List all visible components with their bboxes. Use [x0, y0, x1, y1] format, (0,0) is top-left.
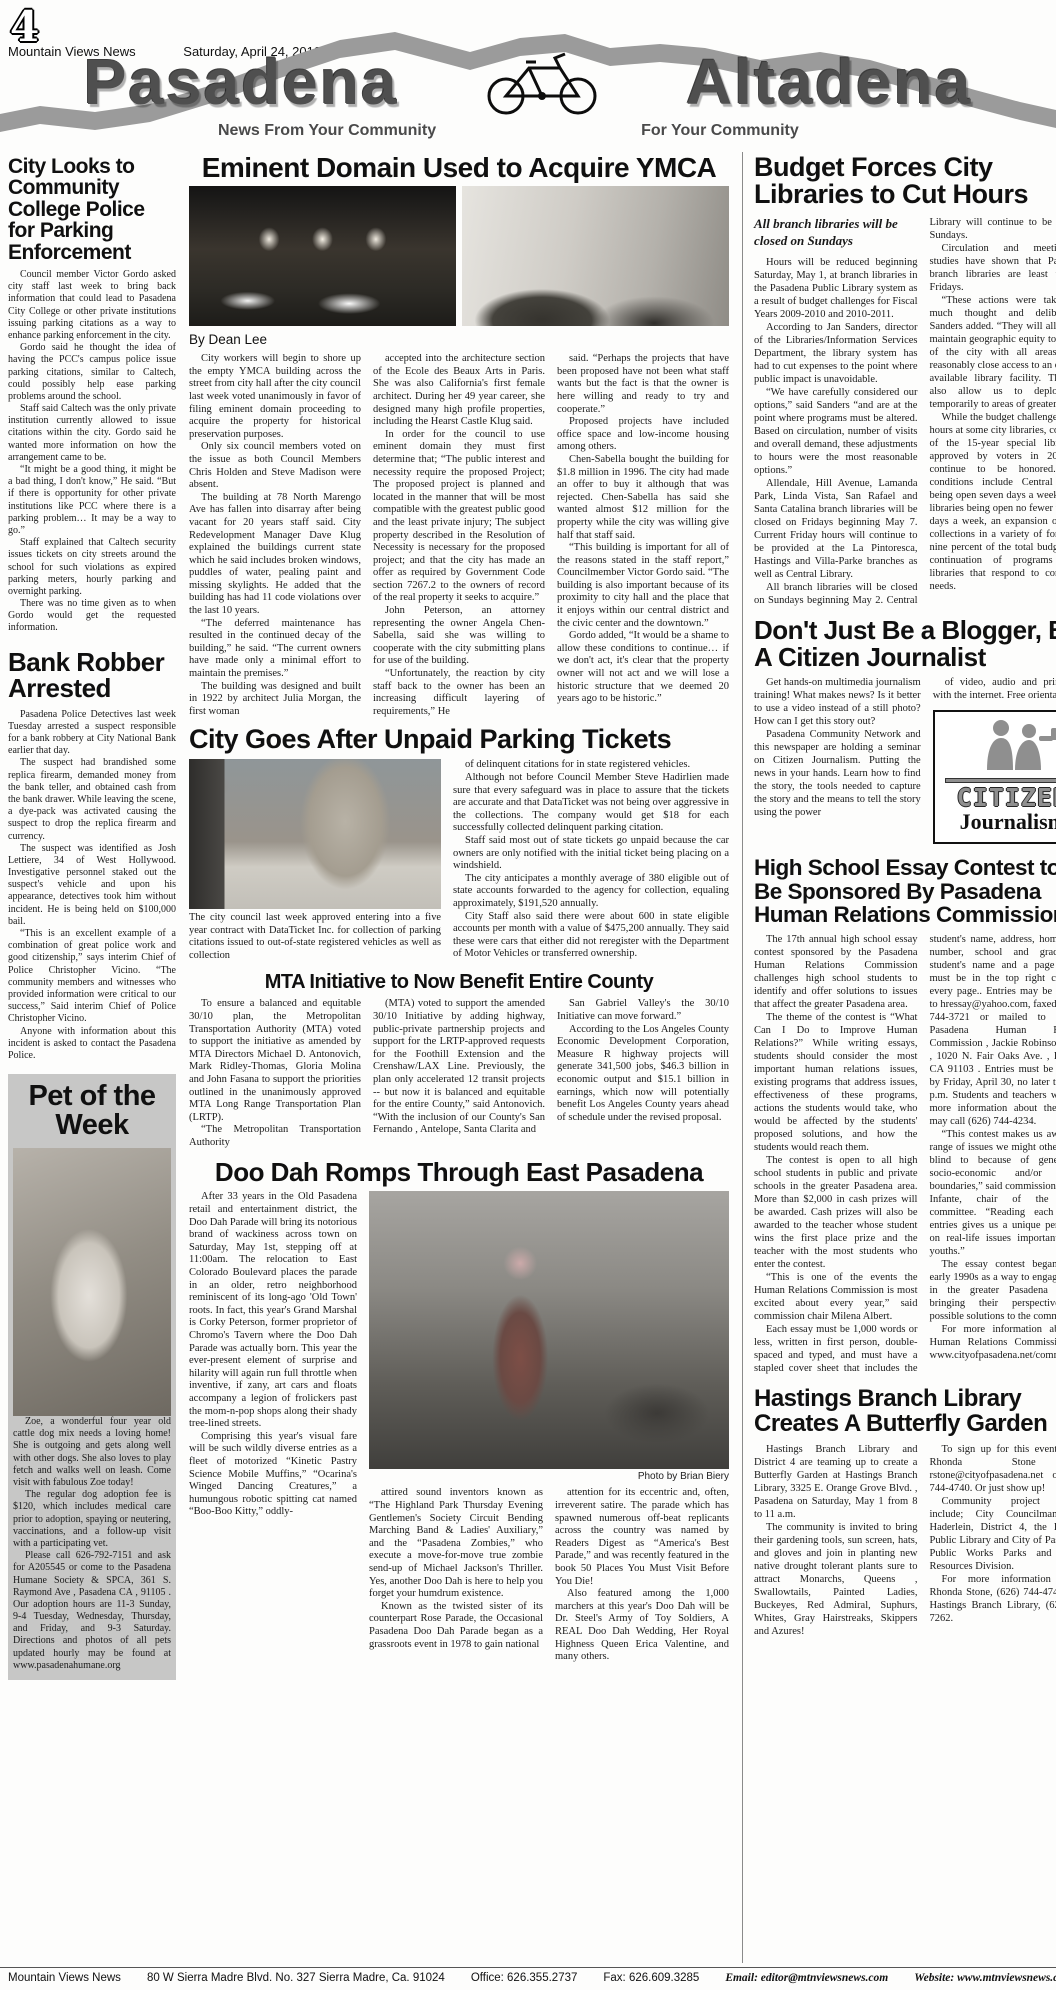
paragraph: Chen-Sabella bought the building for $1.…: [557, 454, 729, 542]
paragraph: Known as the twisted sister of its count…: [369, 1601, 543, 1651]
text-column-3: San Gabriel Valley's the 30/10 Initiativ…: [557, 998, 729, 1149]
text-column-1: After 33 years in the Old Pasadena retai…: [189, 1191, 357, 1663]
paragraph: The contest is open to all high school s…: [754, 1154, 917, 1271]
paragraph: Although not before Council Member Steve…: [453, 772, 729, 835]
paragraph: “It might be a good thing, it might be a…: [8, 464, 176, 537]
paragraph: Hours will be reduced beginning Saturday…: [754, 256, 917, 321]
text-column-3: said. “Perhaps the projects that have be…: [557, 353, 729, 718]
text-column-1: To ensure a balanced and equitable 30/10…: [189, 998, 361, 1149]
ymca-photos: [189, 186, 729, 326]
left-column: City Looks to Community College Police f…: [8, 152, 176, 1963]
article-body: City workers will begin to shore up the …: [189, 353, 729, 718]
paragraph: For more information contact Rhonda Ston…: [929, 1573, 1056, 1625]
citizen-silhouettes-icon: [953, 718, 1056, 772]
article-body: Hastings Branch Library and District 4 a…: [754, 1443, 1056, 1638]
newspaper-page: 4 Mountain Views News Saturday, April 24…: [0, 0, 1056, 1990]
text-column-2: (MTA) voted to support the amended 30/10…: [373, 998, 545, 1149]
paragraph: of delinquent citations for in state reg…: [453, 759, 729, 772]
article-subhead: All branch libraries will be closed on S…: [754, 216, 917, 250]
paragraph: Pasadena Police Detectives last week Tue…: [8, 709, 176, 758]
article-library-budget: Budget Forces City Libraries to Cut Hour…: [754, 154, 1056, 607]
article-headline: Bank Robber Arrested: [8, 649, 176, 701]
text-column-1: City workers will begin to shore up the …: [189, 353, 361, 718]
byline: By Dean Lee: [189, 332, 729, 348]
dog-photo: [13, 1148, 171, 1416]
parking-meter-photo: [189, 759, 441, 909]
masthead: Pasadena Altadena News From Your Communi…: [0, 18, 1056, 148]
text-column-2: of video, audio and print along with the…: [933, 676, 1056, 844]
paragraph: Council member Victor Gordo asked city s…: [8, 269, 176, 342]
paragraph: The building was designed and built in 1…: [189, 681, 361, 719]
article-body: Pasadena Police Detectives last week Tue…: [8, 709, 176, 1062]
footer-office-phone: Office: 626.355.2737: [471, 1972, 578, 1984]
paragraph: Zoe, a wonderful four year old cattle do…: [13, 1416, 171, 1489]
paragraph: of video, audio and print along with the…: [933, 676, 1056, 702]
pet-of-the-week-box: Pet of the Week Zoe, a wonderful four ye…: [8, 1074, 176, 1680]
article-parking-tickets: City Goes After Unpaid Parking Tickets T…: [189, 726, 729, 962]
paragraph: The essay contest began in the early 199…: [929, 1258, 1056, 1323]
footer-paper-name: Mountain Views News: [8, 1972, 121, 1984]
paragraph: Hastings Branch Library and District 4 a…: [754, 1443, 917, 1521]
article-parking-enforcement: City Looks to Community College Police f…: [8, 156, 176, 635]
paragraph: John Peterson, an attorney representing …: [373, 605, 545, 668]
center-column: Eminent Domain Used to Acquire YMCA By D…: [189, 152, 729, 1963]
article-body: The 17th annual high school essay contes…: [754, 933, 1056, 1376]
paragraph: The 17th annual high school essay contes…: [754, 933, 917, 1011]
footer-website: Website: www.mtnviewsnews.com: [914, 1972, 1056, 1984]
paragraph: said. “Perhaps the projects that have be…: [557, 353, 729, 416]
masthead-altadena: Altadena: [686, 50, 972, 114]
paragraph: The theme of the contest is “What Can I …: [754, 1011, 917, 1154]
tagline-left: News From Your Community: [218, 122, 436, 140]
article-body: After 33 years in the Old Pasadena retai…: [189, 1191, 729, 1663]
paragraph: The city anticipates a monthly average o…: [453, 873, 729, 911]
article-body: The city council last week approved ente…: [189, 759, 729, 962]
paragraph: After 33 years in the Old Pasadena retai…: [189, 1191, 357, 1430]
paragraph: Please call 626-792-7151 and ask for A20…: [13, 1550, 171, 1672]
doodah-photo-block: Photo by Brian Biery attired sound inven…: [369, 1191, 729, 1663]
article-butterfly-garden: Hastings Branch Library Creates A Butter…: [754, 1387, 1056, 1638]
paragraph: In order for the council to use eminent …: [373, 429, 545, 605]
text-column-2-paragraphs: of video, audio and print along with the…: [933, 676, 1056, 702]
article-headline: City Looks to Community College Police f…: [8, 156, 176, 263]
parking-meter-figure: The city council last week approved ente…: [189, 759, 441, 962]
footer-fax: Fax: 626.609.3285: [603, 1972, 699, 1984]
paragraph: Staff said most out of state tickets go …: [453, 835, 729, 873]
paragraph: The suspect was identified as Josh Letti…: [8, 843, 176, 928]
paragraph: “This is an excellent example of a combi…: [8, 928, 176, 1026]
paragraph: While the budget challenge impacts hours…: [929, 411, 1056, 593]
paragraph: Circulation and meeting-room studies hav…: [929, 242, 1056, 294]
article-headline: Budget Forces City Libraries to Cut Hour…: [754, 154, 1056, 208]
article-citizen-journalist: Don't Just Be a Blogger, Be A Citizen Jo…: [754, 617, 1056, 844]
text-column-1: Get hands-on multimedia journalism train…: [754, 676, 921, 844]
text-column-2: accepted into the architecture section o…: [373, 353, 545, 718]
paragraph: There was no time given as to when Gordo…: [8, 598, 176, 635]
paragraph: For more information about the Human Rel…: [929, 1323, 1056, 1362]
article-mta: MTA Initiative to Now Benefit Entire Cou…: [189, 972, 729, 1149]
paragraph: Gordo said he thought the idea of having…: [8, 342, 176, 403]
paragraph: Anyone with information about this incid…: [8, 1026, 176, 1063]
paragraph: “We have carefully considered our option…: [754, 386, 917, 477]
paragraph: Get hands-on multimedia journalism train…: [754, 676, 921, 728]
paragraph: The regular dog adoption fee is $120, wh…: [13, 1489, 171, 1550]
paragraph: Gordo added, “It would be a shame to all…: [557, 630, 729, 706]
paragraph: Allendale, Hill Avenue, Lamanda Park, Li…: [754, 477, 917, 581]
paragraph: Staff said Caltech was the only private …: [8, 403, 176, 464]
paragraph: Also featured among the 1,000 marchers a…: [555, 1588, 729, 1664]
article-body: All branch libraries will be closed on S…: [754, 216, 1056, 607]
page-footer: Mountain Views News 80 W Sierra Madre Bl…: [0, 1967, 1056, 1990]
paragraph: The community is invited to bring their …: [754, 1521, 917, 1638]
article-headline: High School Essay Contest to Be Sponsore…: [754, 856, 1056, 926]
logo-word-citizen: CITIZEN: [939, 785, 1056, 810]
paragraph: attention for its eccentric and, often, …: [555, 1487, 729, 1588]
paragraph: City workers will begin to shore up the …: [189, 353, 361, 441]
text-column-3: attention for its eccentric and, often, …: [555, 1487, 729, 1663]
paragraph: Community project partners include; City…: [929, 1495, 1056, 1573]
paragraph: To sign up for this event contact Rhonda…: [929, 1443, 1056, 1495]
article-headline: MTA Initiative to Now Benefit Entire Cou…: [189, 972, 729, 992]
paragraph: Pasadena Community Network and this news…: [754, 728, 921, 819]
tagline-right: For Your Community: [641, 122, 799, 140]
doodah-lower-columns: attired sound inventors known as “The Hi…: [369, 1487, 729, 1663]
paragraph: “The deferred maintenance has resulted i…: [189, 618, 361, 681]
paragraph: According to the Los Angeles County Econ…: [557, 1024, 729, 1125]
masthead-pasadena: Pasadena: [84, 50, 399, 114]
article-body: Get hands-on multimedia journalism train…: [754, 676, 1056, 844]
paragraph: Proposed projects have included office s…: [557, 416, 729, 454]
ymca-exterior-photo: [462, 186, 729, 326]
paragraph: “These actions were taken after much tho…: [929, 294, 1056, 411]
doodah-parade-photo: [369, 1191, 729, 1469]
paragraph: Only six council members voted on the is…: [189, 441, 361, 491]
budget-paragraphs: Hours will be reduced beginning Saturday…: [754, 216, 1056, 607]
page-content: City Looks to Community College Police f…: [0, 148, 1056, 1963]
paragraph: “The Metropolitan Transportation Authori…: [189, 1124, 361, 1149]
citizen-journalism-logo: CITIZEN Journalism: [933, 710, 1056, 844]
article-headline: Doo Dah Romps Through East Pasadena: [189, 1159, 729, 1185]
page-header: 4 Mountain Views News Saturday, April 24…: [0, 0, 1056, 148]
footer-email: Email: editor@mtnviewsnews.com: [725, 1972, 888, 1984]
paragraph: (MTA) voted to support the amended 30/10…: [373, 998, 545, 1137]
text-column-2: attired sound inventors known as “The Hi…: [369, 1487, 543, 1663]
article-body: To ensure a balanced and equitable 30/10…: [189, 998, 729, 1149]
paragraph: City Staff also said there were about 60…: [453, 911, 729, 961]
article-doodah: Doo Dah Romps Through East Pasadena Afte…: [189, 1159, 729, 1663]
article-bank-robber: Bank Robber Arrested Pasadena Police Det…: [8, 649, 176, 1062]
paragraph: San Gabriel Valley's the 30/10 Initiativ…: [557, 998, 729, 1023]
paragraph: Comprising this year's visual fare will …: [189, 1431, 357, 1519]
article-body: Council member Victor Gordo asked city s…: [8, 269, 176, 635]
paragraph: “This contest makes us aware of a range …: [929, 1128, 1056, 1258]
paragraph: To ensure a balanced and equitable 30/10…: [189, 998, 361, 1124]
paragraph: “This is one of the events the Human Rel…: [754, 1271, 917, 1323]
pet-body: Zoe, a wonderful four year old cattle do…: [13, 1416, 171, 1672]
paragraph: attired sound inventors known as “The Hi…: [369, 1487, 543, 1600]
bicycle-icon: [482, 40, 602, 118]
pet-headline: Pet of the Week: [13, 1082, 171, 1140]
masthead-names: Pasadena Altadena: [0, 46, 1056, 118]
paragraph: The suspect had brandished some replica …: [8, 757, 176, 842]
article-headline: Don't Just Be a Blogger, Be A Citizen Jo…: [754, 617, 1056, 670]
photo-credit: Photo by Brian Biery: [369, 1471, 729, 1483]
paragraph: Staff explained that Caltech security is…: [8, 537, 176, 598]
article-headline: Hastings Branch Library Creates A Butter…: [754, 1387, 1056, 1437]
ymca-interior-photo: [189, 186, 456, 326]
logo-word-journalism: Journalism: [939, 810, 1056, 834]
article-headline: City Goes After Unpaid Parking Tickets: [189, 726, 729, 753]
text-column: of delinquent citations for in state reg…: [453, 759, 729, 962]
article-eminent-domain: Eminent Domain Used to Acquire YMCA By D…: [189, 154, 729, 718]
article-headline: Eminent Domain Used to Acquire YMCA: [189, 154, 729, 182]
footer-address: 80 W Sierra Madre Blvd. No. 327 Sierra M…: [147, 1972, 445, 1984]
masthead-taglines: News From Your Community For Your Commun…: [0, 122, 1056, 140]
photo-caption: The city council last week approved ente…: [189, 912, 441, 962]
right-column: Budget Forces City Libraries to Cut Hour…: [742, 152, 1056, 1963]
article-essay-contest: High School Essay Contest to Be Sponsore…: [754, 856, 1056, 1375]
paragraph: According to Jan Sanders, director of th…: [754, 321, 917, 386]
paragraph: The building at 78 North Marengo Ave has…: [189, 492, 361, 618]
paragraph: “This building is important for all of t…: [557, 542, 729, 630]
paragraph: “Unfortunately, the reaction by city sta…: [373, 668, 545, 718]
paragraph: accepted into the architecture section o…: [373, 353, 545, 429]
